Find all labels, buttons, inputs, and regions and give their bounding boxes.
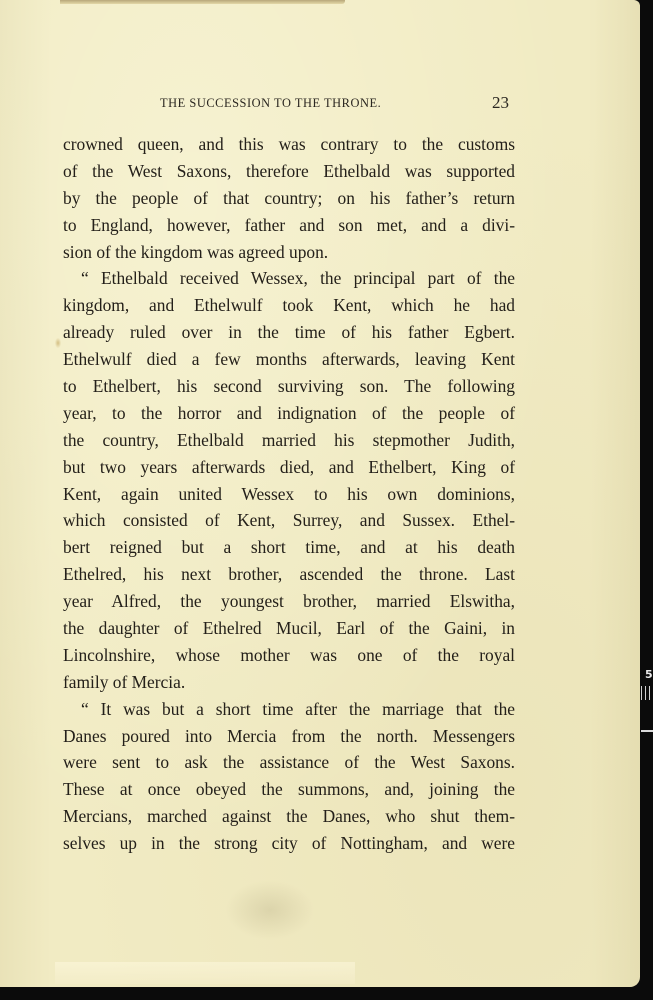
text-line: which consisted of Kent, Surrey, and Sus… (63, 507, 515, 534)
body-text: crowned queen, and this was contrary to … (63, 131, 515, 857)
running-header: THE SUCCESSION TO THE THRONE. 23 (0, 93, 640, 115)
text-line: Mercians, marched against the Danes, who… (63, 803, 515, 830)
paper-stain (55, 338, 61, 348)
text-line: the daughter of Ethelred Mucil, Earl of … (63, 615, 515, 642)
text-line: crowned queen, and this was contrary to … (63, 131, 515, 158)
text-line: the country, Ethelbald married his stepm… (63, 427, 515, 454)
text-line: Ethelwulf died a few months afterwards, … (63, 346, 515, 373)
text-line: Danes poured into Mercia from the north.… (63, 723, 515, 750)
text-line: year Alfred, the youngest brother, marri… (63, 588, 515, 615)
text-line: to England, however, father and son met,… (63, 212, 515, 239)
text-line: year, to the horror and indignation of t… (63, 400, 515, 427)
bottom-paper-edge (55, 962, 355, 984)
text-line: kingdom, and Ethelwulf took Kent, which … (63, 292, 515, 319)
text-line: selves up in the strong city of Nottingh… (63, 830, 515, 857)
paragraph-start-line: “ Ethelbald received Wessex, the princip… (63, 265, 515, 292)
page-number: 23 (492, 93, 509, 113)
running-head-title: THE SUCCESSION TO THE THRONE. (160, 96, 381, 111)
ruler-ticks (641, 686, 653, 700)
top-paper-edge (60, 0, 345, 4)
text-line: but two years afterwards died, and Ethel… (63, 454, 515, 481)
text-line: Lincolnshire, whose mother was one of th… (63, 642, 515, 669)
text-line: bert reigned but a short time, and at hi… (63, 534, 515, 561)
scanned-book-page: THE SUCCESSION TO THE THRONE. 23 crowned… (0, 0, 653, 1000)
text-line: already ruled over in the time of his fa… (63, 319, 515, 346)
paragraph-start-line: “ It was but a short time after the marr… (63, 696, 515, 723)
text-line: These at once obeyed the summons, and, j… (63, 776, 515, 803)
text-line: Kent, again united Wessex to his own dom… (63, 481, 515, 508)
text-line: Ethelred, his next brother, ascended the… (63, 561, 515, 588)
text-line: family of Mercia. (63, 669, 515, 696)
text-line: by the people of that country; on his fa… (63, 185, 515, 212)
text-line: to Ethelbert, his second surviving son. … (63, 373, 515, 400)
text-line: of the West Saxons, therefore Ethelbald … (63, 158, 515, 185)
paper-page: THE SUCCESSION TO THE THRONE. 23 crowned… (0, 0, 640, 987)
ruler-line (641, 730, 653, 732)
ruler-label: 5 (645, 668, 653, 681)
scan-ruler-marker: 5 (641, 660, 653, 732)
text-line: were sent to ask the assistance of the W… (63, 749, 515, 776)
text-line: sion of the kingdom was agreed upon. (63, 239, 515, 266)
paper-smudge (225, 880, 315, 940)
